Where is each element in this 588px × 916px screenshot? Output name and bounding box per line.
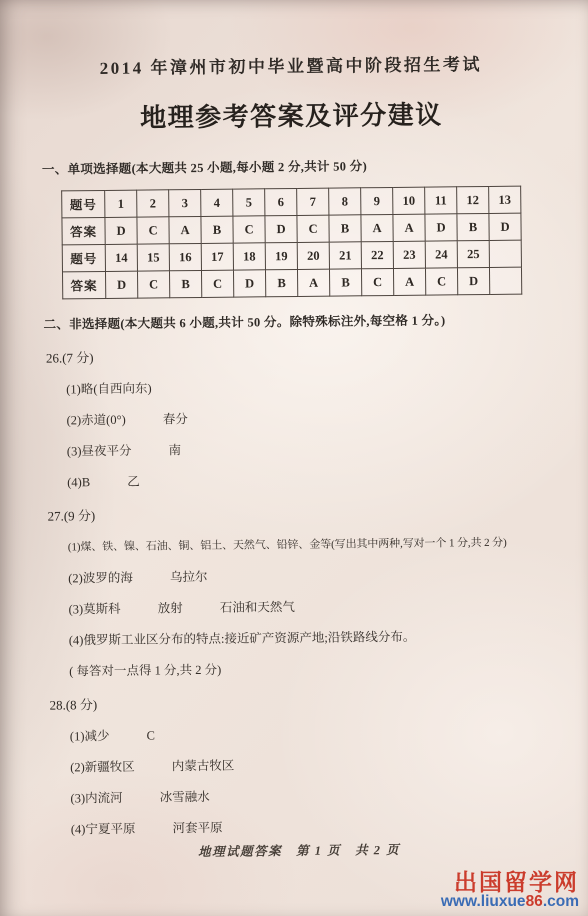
question-number-cell: 9 xyxy=(361,187,393,214)
answer-line: (3)莫斯科 放射 石油和天然气 xyxy=(68,596,588,617)
answer-line: (2)新疆牧区 内蒙古牧区 xyxy=(70,754,588,775)
question-number-cell: 1 xyxy=(105,190,137,217)
answer-text: (2)赤道(0°) xyxy=(66,413,125,428)
answer-text: (4)宁夏平原 xyxy=(71,822,136,837)
answer-cell: B xyxy=(457,213,489,240)
answer-text: 石油和天然气 xyxy=(220,600,295,615)
answer-table: 题号 1 2 3 4 5 6 7 8 9 10 11 12 13 答案 D C … xyxy=(61,186,522,300)
question-number-cell: 18 xyxy=(233,243,265,270)
answer-cell: D xyxy=(265,215,297,242)
answer-line: (4)B 乙 xyxy=(67,469,588,490)
question-27-block: 27.(9 分) (1)煤、铁、镍、石油、铜、铝土、天然气、铅锌、金等(写出其中… xyxy=(1,503,588,680)
answer-cell: B xyxy=(265,269,297,296)
answer-line: (1)减少 C xyxy=(70,723,588,744)
answer-text: C xyxy=(146,728,154,742)
question-number-cell: 21 xyxy=(329,242,361,269)
scoring-note: ( 每答对一点得 1 分,共 2 分) xyxy=(69,658,588,679)
answer-text: (4)俄罗斯工业区分布的特点:接近矿产资源产地;沿铁路线分布。 xyxy=(69,630,416,648)
answer-cell: A xyxy=(169,216,201,243)
footer-page-info: 地理试题答案 第 1 页 共 2 页 xyxy=(5,838,588,862)
answer-text: (3)莫斯科 xyxy=(68,602,120,617)
answer-text: (1)减少 xyxy=(70,729,110,743)
answer-key-title: 地理参考答案及评分建议 xyxy=(0,93,586,136)
answer-cell: C xyxy=(425,268,457,295)
watermark-url-highlight: 86 xyxy=(526,893,543,910)
answer-line: (2)波罗的海 乌拉尔 xyxy=(68,565,588,586)
page-content: 2014 年漳州市初中毕业暨高中阶段招生考试 地理参考答案及评分建议 一、单项选… xyxy=(0,0,588,916)
question-26-heading: 26.(7 分) xyxy=(46,345,588,367)
answer-cell: D xyxy=(425,214,457,241)
question-number-cell: 4 xyxy=(201,189,233,216)
answer-cell: C xyxy=(233,216,265,243)
answer-cell: B xyxy=(201,216,233,243)
question-number-cell: 16 xyxy=(169,243,201,270)
answer-text: 冰雪融水 xyxy=(160,790,210,805)
answer-line: (4)宁夏平原 河套平原 xyxy=(71,816,588,837)
answer-line: (2)赤道(0°) 春分 xyxy=(66,407,588,428)
answer-text: (1)略(自西向东) xyxy=(66,381,152,396)
question-27-heading: 27.(9 分) xyxy=(47,503,588,525)
question-26-block: 26.(7 分) (1)略(自西向东) (2)赤道(0°) 春分 (3)昼夜平分… xyxy=(0,345,588,491)
answer-line: (1)略(自西向东) xyxy=(66,376,588,397)
question-number-cell: 22 xyxy=(361,241,393,268)
question-number-cell: 7 xyxy=(297,188,329,215)
question-number-cell: 15 xyxy=(137,244,169,271)
answer-text: (1)煤、铁、镍、石油、铜、铝土、天然气、铅锌、金等(写出其中两种,写对一个 1… xyxy=(68,537,507,554)
question-number-cell: 12 xyxy=(457,186,489,213)
answer-text: 河套平原 xyxy=(172,821,222,836)
answer-cell: C xyxy=(297,215,329,242)
question-number-cell xyxy=(489,240,521,267)
answer-cell: B xyxy=(169,270,201,297)
answer-text: (3)昼夜平分 xyxy=(67,444,132,459)
question-28-block: 28.(8 分) (1)减少 C (2)新疆牧区 内蒙古牧区 (3)内流河 冰雪… xyxy=(3,692,588,838)
answer-cell: B xyxy=(329,269,361,296)
question-number-cell: 20 xyxy=(297,242,329,269)
question-number-cell: 23 xyxy=(393,241,425,268)
question-number-cell: 2 xyxy=(137,190,169,217)
question-number-cell: 14 xyxy=(105,244,137,271)
question-number-cell: 24 xyxy=(425,241,457,268)
section-1-heading: 一、单项选择题(本大题共 25 小题,每小题 2 分,共计 50 分) xyxy=(42,154,586,178)
answer-cell xyxy=(489,267,521,294)
table-row: 答案 D C B C D B A B C A C D xyxy=(62,267,521,299)
answer-line: (3)内流河 冰雪融水 xyxy=(70,785,588,806)
answer-text: (3)内流河 xyxy=(70,791,122,806)
answer-cell: C xyxy=(201,270,233,297)
watermark-site-name: 出国留学网 xyxy=(441,871,579,894)
watermark-site-url: www.liuxue86.com xyxy=(441,894,579,910)
question-number-cell: 11 xyxy=(425,187,457,214)
answer-cell: D xyxy=(105,217,137,244)
question-number-cell: 13 xyxy=(489,186,521,213)
question-number-cell: 8 xyxy=(329,188,361,215)
answer-text: 放射 xyxy=(158,601,183,615)
answer-text: 春分 xyxy=(163,412,188,426)
answer-cell: B xyxy=(329,215,361,242)
question-number-cell: 25 xyxy=(457,240,489,267)
row-label-cell: 答案 xyxy=(62,271,105,298)
answer-cell: A xyxy=(393,268,425,295)
row-label-cell: 题号 xyxy=(62,190,105,217)
answer-cell: D xyxy=(233,270,265,297)
answer-text: 南 xyxy=(169,443,182,457)
question-28-heading: 28.(8 分) xyxy=(49,692,588,714)
answer-line: (4)俄罗斯工业区分布的特点:接近矿产资源产地;沿铁路线分布。 xyxy=(69,627,588,648)
answer-cell: D xyxy=(105,271,137,298)
question-number-cell: 3 xyxy=(169,189,201,216)
section-2-heading: 二、非选择题(本大题共 6 小题,共计 50 分。除特殊标注外,每空格 1 分。… xyxy=(43,309,587,333)
question-number-cell: 19 xyxy=(265,242,297,269)
answer-cell: C xyxy=(137,217,169,244)
answer-cell: A xyxy=(393,214,425,241)
row-label-cell: 题号 xyxy=(62,244,105,271)
exam-title: 2014 年漳州市初中毕业暨高中阶段招生考试 xyxy=(0,49,585,80)
answer-text: ( 每答对一点得 1 分,共 2 分) xyxy=(69,663,221,679)
answer-text: 乌拉尔 xyxy=(170,570,208,584)
row-label-cell: 答案 xyxy=(62,217,105,244)
question-number-cell: 5 xyxy=(233,189,265,216)
answer-cell: C xyxy=(137,271,169,298)
question-number-cell: 17 xyxy=(201,243,233,270)
question-number-cell: 6 xyxy=(265,188,297,215)
answer-cell: C xyxy=(361,268,393,295)
watermark-url-prefix: www.liuxue xyxy=(441,893,526,910)
answer-cell: A xyxy=(297,269,329,296)
watermark-url-suffix: .com xyxy=(543,893,579,910)
answer-cell: A xyxy=(361,214,393,241)
answer-text: 内蒙古牧区 xyxy=(172,759,235,774)
answer-text: 乙 xyxy=(127,475,140,489)
answer-text: (4)B xyxy=(67,475,90,489)
answer-line: (3)昼夜平分 南 xyxy=(67,438,588,459)
answer-cell: D xyxy=(489,213,521,240)
watermark: 出国留学网 www.liuxue86.com xyxy=(441,871,579,910)
answer-text: (2)新疆牧区 xyxy=(70,760,135,775)
answer-text: (2)波罗的海 xyxy=(68,571,133,586)
question-number-cell: 10 xyxy=(393,187,425,214)
answer-line: (1)煤、铁、镍、石油、铜、铝土、天然气、铅锌、金等(写出其中两种,写对一个 1… xyxy=(68,534,588,555)
scanned-answer-sheet: 2014 年漳州市初中毕业暨高中阶段招生考试 地理参考答案及评分建议 一、单项选… xyxy=(0,0,588,916)
answer-cell: D xyxy=(457,267,489,294)
